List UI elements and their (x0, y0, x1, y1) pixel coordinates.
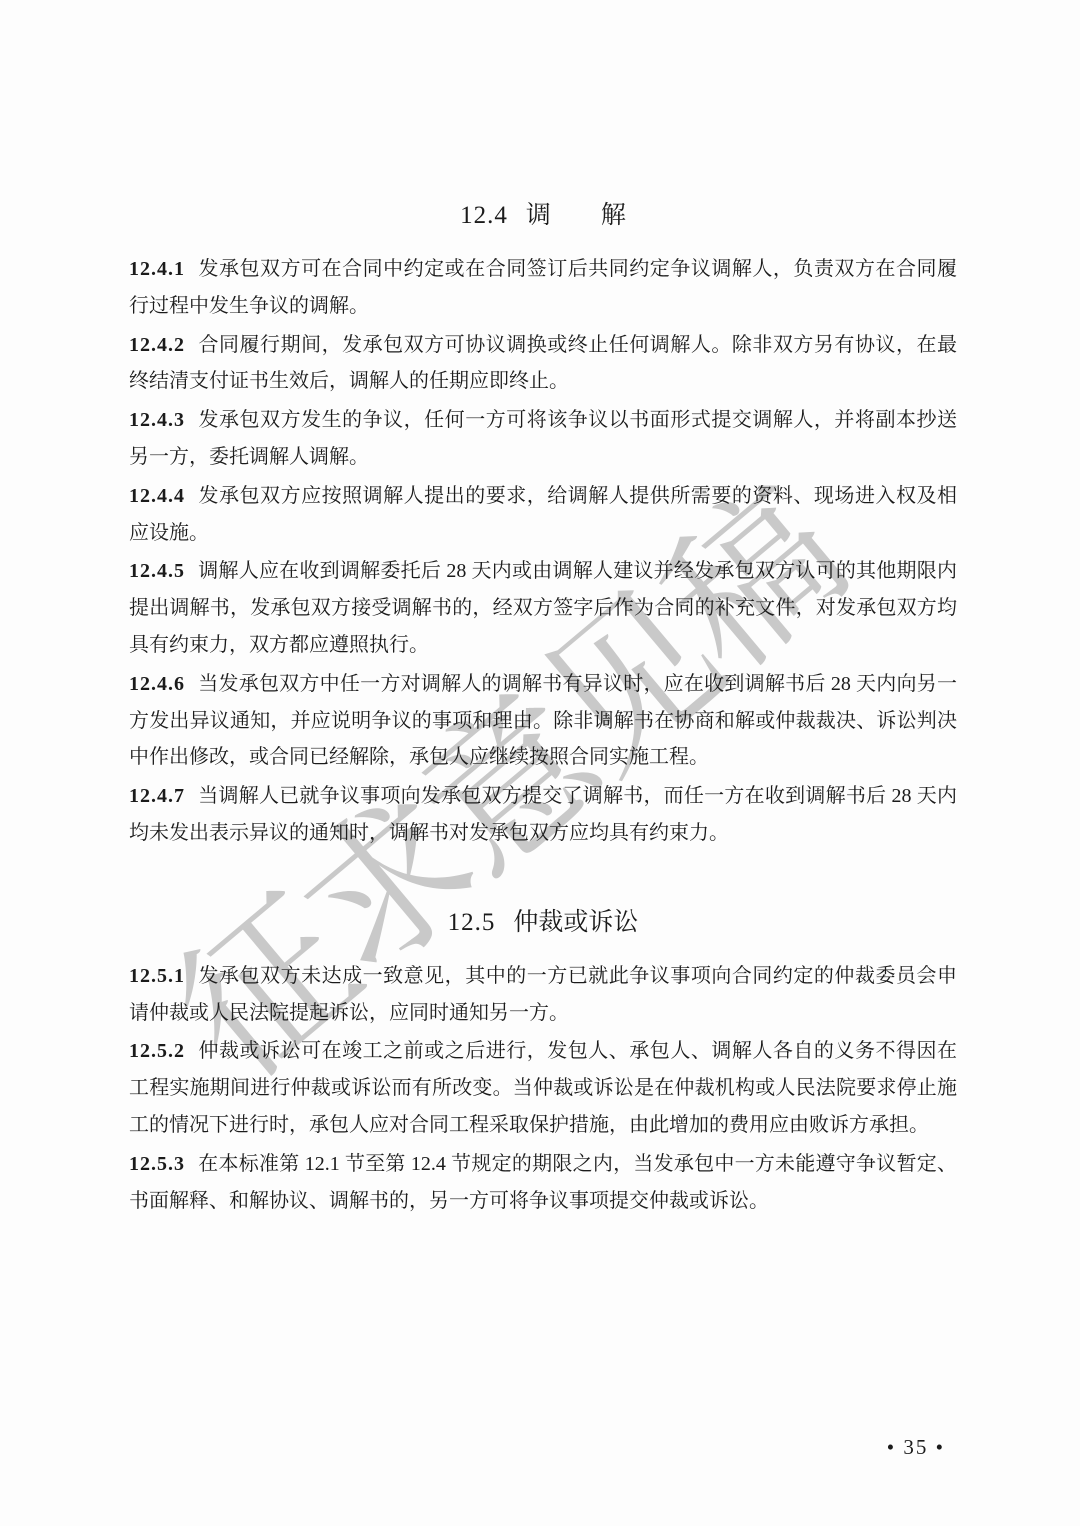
section-title-text: 仲裁或诉讼 (513, 909, 638, 936)
clause-12-4-6: 12.4.6当发承包双方中任一方对调解人的调解书有异议时，应在收到调解书后 28… (129, 666, 957, 776)
page-content: 12.4调 解 12.4.1发承包双方可在合同中约定或在合同签订后共同约定争议调… (129, 0, 957, 1219)
clause-text: 仲裁或诉讼可在竣工之前或之后进行，发包人、承包人、调解人各自的义务不得因在工程实… (129, 1040, 957, 1136)
section-heading-12-5: 12.5仲裁或诉讼 (129, 904, 957, 942)
clause-text: 当调解人已就争议事项向发承包双方提交了调解书，而任一方在收到调解书后 28 天内… (129, 785, 957, 844)
clause-text: 发承包双方未达成一致意见，其中的一方已就此争议事项向合同约定的仲裁委员会申请仲裁… (129, 965, 957, 1024)
section-heading-12-4: 12.4调 解 (129, 197, 957, 235)
clause-12-4-2: 12.4.2合同履行期间，发承包双方可协议调换或终止任何调解人。除非双方另有协议… (129, 327, 957, 401)
section-number: 12.4 (460, 202, 508, 229)
clause-12-4-4: 12.4.4发承包双方应按照调解人提出的要求，给调解人提供所需要的资料、现场进入… (129, 478, 957, 552)
clause-number: 12.4.4 (129, 485, 185, 507)
clause-12-4-5: 12.4.5调解人应在收到调解委托后 28 天内或由调解人建议并经发承包双方认可… (129, 553, 957, 663)
clause-text: 发承包双方可在合同中约定或在合同签订后共同约定争议调解人，负责双方在合同履行过程… (129, 258, 957, 317)
clause-12-4-1: 12.4.1发承包双方可在合同中约定或在合同签订后共同约定争议调解人，负责双方在… (129, 251, 957, 325)
section-number: 12.5 (448, 909, 496, 936)
clause-text: 发承包双方应按照调解人提出的要求，给调解人提供所需要的资料、现场进入权及相应设施… (129, 485, 957, 544)
clause-text: 当发承包双方中任一方对调解人的调解书有异议时，应在收到调解书后 28 天内向另一… (129, 673, 957, 769)
clause-number: 12.4.7 (129, 785, 185, 807)
clause-number: 12.5.1 (129, 965, 185, 987)
section-title-text: 调 解 (526, 202, 626, 229)
clause-12-5-3: 12.5.3在本标准第 12.1 节至第 12.4 节规定的期限之内，当发承包中… (129, 1146, 957, 1220)
clause-12-5-2: 12.5.2仲裁或诉讼可在竣工之前或之后进行，发包人、承包人、调解人各自的义务不… (129, 1033, 957, 1143)
clause-12-4-7: 12.4.7当调解人已就争议事项向发承包双方提交了调解书，而任一方在收到调解书后… (129, 778, 957, 852)
clause-number: 12.4.6 (129, 673, 185, 695)
document-page: 征求意见稿 12.4调 解 12.4.1发承包双方可在合同中约定或在合同签订后共… (0, 0, 1080, 1526)
clause-text: 发承包双方发生的争议，任何一方可将该争议以书面形式提交调解人，并将副本抄送另一方… (129, 409, 957, 468)
clause-12-5-1: 12.5.1发承包双方未达成一致意见，其中的一方已就此争议事项向合同约定的仲裁委… (129, 958, 957, 1032)
clause-number: 12.4.2 (129, 334, 185, 356)
clause-number: 12.4.5 (129, 560, 185, 582)
page-number: • 35 • (887, 1435, 945, 1460)
clause-number: 12.4.3 (129, 409, 185, 431)
clause-text: 合同履行期间，发承包双方可协议调换或终止任何调解人。除非双方另有协议，在最终结清… (129, 334, 957, 393)
clause-number: 12.5.3 (129, 1153, 185, 1175)
clause-text: 调解人应在收到调解委托后 28 天内或由调解人建议并经发承包双方认可的其他期限内… (129, 560, 957, 656)
clause-number: 12.4.1 (129, 258, 185, 280)
clause-text: 在本标准第 12.1 节至第 12.4 节规定的期限之内，当发承包中一方未能遵守… (129, 1153, 957, 1212)
clause-12-4-3: 12.4.3发承包双方发生的争议，任何一方可将该争议以书面形式提交调解人，并将副… (129, 402, 957, 476)
clause-number: 12.5.2 (129, 1040, 185, 1062)
